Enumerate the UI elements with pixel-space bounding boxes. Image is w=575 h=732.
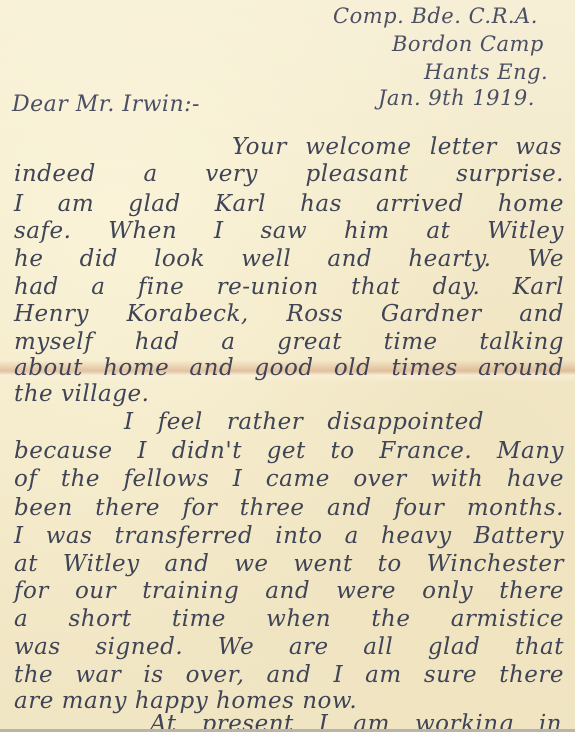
address-line-2: Bordon Camp (392, 34, 544, 55)
address-line-1: Comp. Bde. C.R.A. (333, 6, 538, 27)
address-line-3: Hants Eng. (424, 62, 548, 83)
body-line: was signed. We are all glad that (14, 636, 564, 659)
body-line: safe. When I saw him at Witley (14, 220, 564, 243)
body-line: the village. (14, 383, 149, 406)
body-line: of the fellows I came over with have (14, 468, 564, 491)
body-line: I am glad Karl has arrived home (14, 193, 564, 216)
body-line: he did look well and hearty. We (14, 248, 564, 271)
body-line: been there for three and four months. (14, 497, 564, 520)
letter-page: Comp. Bde. C.R.A. Bordon Camp Hants Eng.… (0, 0, 575, 732)
body-line: a short time when the armistice (14, 608, 564, 631)
body-line: at Witley and we went to Winchester (14, 553, 564, 576)
body-line: I feel rather disappointed (124, 411, 484, 434)
body-line: myself had a great time talking (14, 331, 564, 354)
body-line: Your welcome letter was (232, 136, 562, 159)
body-line: indeed a very pleasant surprise. (14, 163, 564, 186)
body-line: are many happy homes now. (14, 690, 357, 713)
body-line: because I didn't get to France. Many (14, 440, 564, 463)
body-line: Henry Korabeck, Ross Gardner and (14, 303, 564, 326)
date-line: Jan. 9th 1919. (378, 88, 535, 109)
body-line: had a fine re-union that day. Karl (14, 276, 564, 299)
body-line: I was transferred into a heavy Battery (14, 525, 564, 548)
salutation: Dear Mr. Irwin:- (12, 94, 200, 116)
body-line: the war is over, and I am sure there (14, 664, 564, 687)
body-line: for our training and were only there (14, 580, 564, 603)
body-line: about home and good old times around (14, 357, 564, 380)
